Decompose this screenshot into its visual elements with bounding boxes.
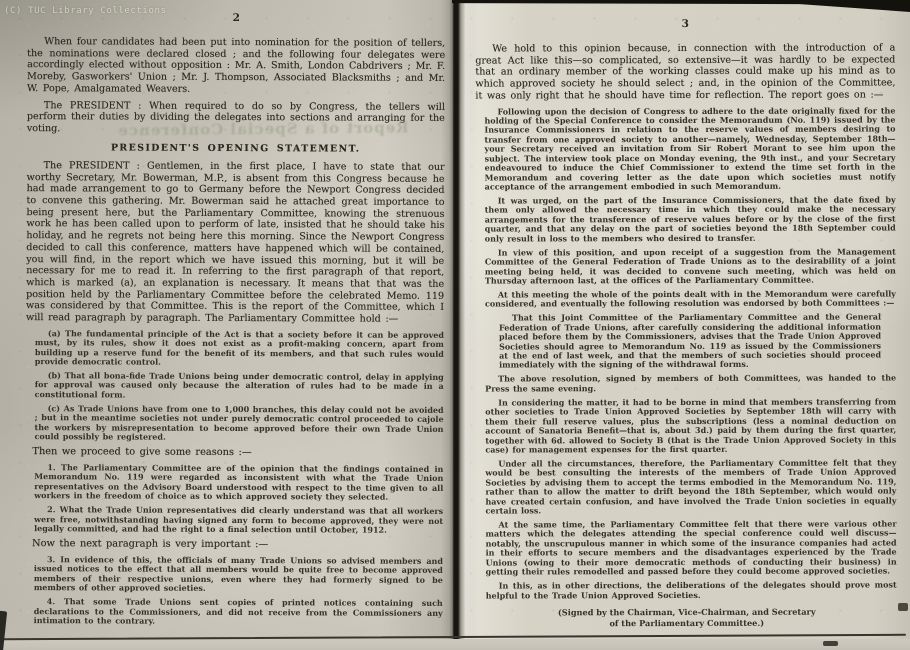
signature-block: (Signed by the Chairman, Vice-Chairman, …: [477, 606, 897, 628]
para-tellers-election: When four candidates had been put into n…: [27, 36, 445, 96]
signature-line-2: of the Parliamentary Committee.): [477, 617, 897, 629]
quote-deliberations-helpful: In this, as in other directions, the del…: [477, 581, 897, 601]
para-president-opening: The PRESIDENT : Gentlemen, in the first …: [26, 160, 445, 326]
reason-3: 3. In evidence of this, the officials of…: [25, 555, 443, 595]
scanned-document-spread: (C) TUC Library Collections 2 When four …: [0, 0, 910, 650]
page-number-right: 3: [475, 17, 895, 30]
reason-4: 4. That some Trade Unions sent copies of…: [25, 597, 443, 627]
report-item-c: (c) As Trade Unions have from one to 1,0…: [25, 404, 443, 444]
heading-opening-statement: PRESIDENT'S OPENING STATEMENT.: [27, 142, 445, 155]
para-president-tellers: The PRESIDENT : When required to do so b…: [27, 100, 445, 137]
scan-artifact-right-edge: [898, 603, 908, 611]
joint-committee-resolution: That this Joint Committee of the Parliam…: [476, 313, 896, 371]
quote-in-view-of-position: In view of this position, and upon recei…: [476, 247, 896, 286]
reason-1: 1. The Parliamentary Committee are of th…: [25, 463, 443, 503]
book-gutter-shadow: [441, 0, 475, 650]
page-2: 2 When four candidates had been put into…: [25, 9, 446, 632]
quote-under-circumstances: Under all the circumstances, therefore, …: [476, 458, 896, 516]
reason-2: 2. What the Trade Union representatives …: [25, 505, 443, 535]
report-item-b: (b) That all bona-fide Trade Unions bein…: [26, 371, 444, 401]
scan-edge-bottom-strip: [0, 639, 910, 650]
quote-following-decision: Following upon the decision of Congress …: [475, 106, 895, 192]
quote-at-same-time: At the same time, the Parliamentary Comm…: [477, 519, 897, 577]
report-item-a: (a) The fundamental principle of the Act…: [26, 329, 444, 369]
page-3: 3 We hold to this opinion because, in co…: [475, 15, 897, 628]
scan-artifact-bottom-right: [823, 641, 838, 646]
lead-important: Now the next paragraph is very important…: [25, 538, 443, 552]
lead-reasons: Then we proceed to give some reasons :—: [25, 446, 443, 460]
para-we-hold-opinion: We hold to this opinion because, in conn…: [475, 42, 895, 102]
quote-at-this-meeting: At this meeting the whole of the points …: [476, 289, 896, 309]
scan-edge-top: [452, 0, 910, 12]
page-number-left: 2: [27, 11, 445, 25]
quote-it-was-urged: It was urged, on the part of the Insuran…: [476, 195, 896, 243]
quote-considering-matter: In considering the matter, it had to be …: [476, 397, 896, 455]
quote-handed-to-press: The above resolution, signed by members …: [476, 374, 896, 394]
